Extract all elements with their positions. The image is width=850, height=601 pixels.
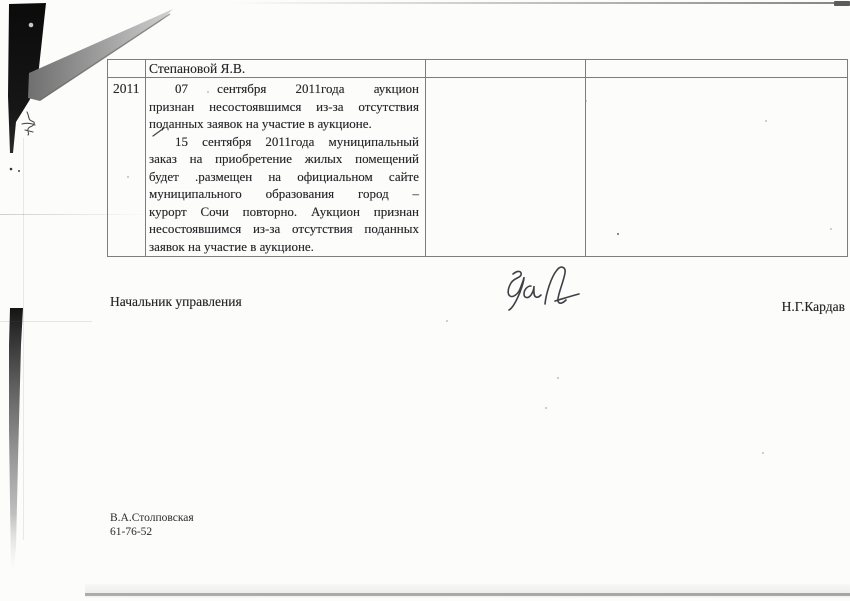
scan-artifact-top-right-mark [834, 1, 850, 6]
executor-name: В.А.Столповская [110, 512, 194, 524]
table-cell-row1-col3 [426, 60, 586, 78]
executor-phone: 61-76-52 [110, 526, 152, 538]
scan-artifact-light-speck [29, 23, 34, 28]
scan-speck [557, 377, 559, 379]
scan-speck [585, 100, 587, 102]
table-text-line: заявок на участие в аукционе. [149, 238, 419, 256]
table-text-line: 07 сентября 2011года аукцион [149, 80, 419, 98]
scan-artifact-gray-streak-left [9, 308, 23, 572]
table-text-line: курорт Сочи повторно. Аукцион признан [149, 203, 419, 221]
table-text-line: признан несостоявшимся из-за отсутствия [149, 98, 419, 116]
table-cell-year: 2011 [108, 78, 146, 256]
scan-speck [127, 176, 129, 178]
table-cell-carryover-text: Степановой Я.В. [146, 60, 426, 78]
scan-artifact-bottom-edge-line [85, 593, 850, 596]
scan-speck [207, 91, 209, 93]
table-cell-empty-1 [426, 78, 586, 256]
table-cell-empty-2 [586, 78, 847, 256]
scan-speck [617, 233, 619, 235]
signature-scribble [495, 260, 595, 320]
table-text-line: будет .размещен на официальном сайте [149, 168, 419, 186]
scan-speck [765, 120, 767, 122]
scan-artifact-horizontal-crease [0, 321, 92, 322]
table-text-line: поданных заявок на участие в аукционе. [149, 115, 419, 133]
table-text-line: несостоявшимся из-за отсутствия поданных [149, 220, 419, 238]
table-cell-description: 07 сентября 2011года аукционпризнан несо… [146, 78, 426, 256]
scan-artifact-ink-blot [22, 112, 35, 135]
scan-artifact-vertical-crease [23, 138, 24, 540]
scan-speck [830, 228, 832, 230]
table-text-line: муниципального образования город – [149, 185, 419, 203]
scan-speck [762, 452, 764, 454]
scan-artifact-top-edge-line [230, 2, 834, 4]
table-cell-row1-col4 [586, 60, 847, 78]
table-cell-row1-col1 [108, 60, 146, 78]
signatory-title: Начальник управления [110, 294, 242, 310]
scan-speck [446, 320, 448, 322]
scan-speck [545, 407, 547, 409]
scan-artifact-dot [10, 168, 13, 171]
status-table: Степановой Я.В. 2011 07 сентября 2011год… [107, 59, 848, 257]
table-text-line: заказ на приобретение жилых помещений [149, 150, 419, 168]
scanned-document-page: Степановой Я.В. 2011 07 сентября 2011год… [0, 0, 850, 601]
table-text-line: 15 сентября 2011года муниципальный [149, 133, 419, 151]
signatory-name: Н.Г.Кардав [782, 299, 845, 315]
scan-artifact-dot [18, 170, 20, 172]
